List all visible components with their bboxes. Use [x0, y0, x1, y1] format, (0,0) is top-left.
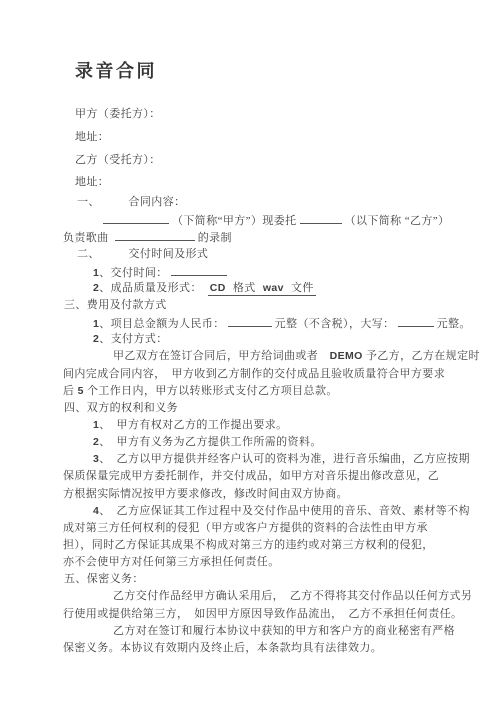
text-segment: 元整（不含税），大写： [275, 318, 395, 330]
text-segment: 的录制 [198, 232, 232, 244]
text-segment: 、 甲方有义务为乙方提供工作所需的资料。 [99, 436, 322, 448]
text-segment: 、 乙方应保证其工作过程中及交付作品中使用的音乐、音效、素材等不构 [99, 505, 470, 517]
text-segment: 、支付方式： [99, 333, 167, 345]
text-segment: 文件 [286, 282, 316, 296]
text-line: 保密义务。本协议有效期内及终止后，本条款均具有法律效力。 [0, 640, 500, 657]
text-segment: 个工作日内，甲方以转账形式支付乙方项目总款。 [84, 385, 338, 397]
text-line: 1、交付时间： [0, 263, 500, 280]
text-line: 五、保密义务： [0, 571, 500, 588]
text-line: 地址： [0, 126, 500, 149]
text-segment: DEMO [330, 350, 363, 362]
text-segment: 乙方对在签订和履行本协议中获知的甲方和客户方的商业秘密有严格 [113, 625, 455, 637]
text-segment: wav [261, 282, 286, 296]
text-segment: 、项目总金额为人民币： [99, 318, 224, 330]
text-line: 负责歌曲 的录制 [0, 228, 500, 245]
text-line: 亦不会使甲方对任何第三方承担任何责任。 [0, 554, 500, 571]
text-segment: 保密义务。本协议有效期内及终止后，本条款均具有法律效力。 [63, 642, 382, 654]
text-segment: 四、双方的权利和义务 [64, 402, 178, 414]
text-segment: 保质保量完成甲方委托制作，并交付成品，如甲方对音乐提出修改意见，乙 [63, 470, 439, 482]
text-segment: 甲方（委托方）： [75, 108, 161, 120]
text-segment: 间内完成合同内容， 甲方收到乙方制作的交付成品且验收质量符合甲方要求 [63, 368, 445, 380]
text-segment: 地址： [75, 131, 109, 143]
text-segment: 、 甲方有权对乙方的工作提出要求。 [99, 419, 287, 431]
text-line: 乙方交付作品经甲方确认采用后， 乙方不得将其交付作品以任何方式另 [0, 588, 500, 605]
text-line: 间内完成合同内容， 甲方收到乙方制作的交付成品且验收质量符合甲方要求 [0, 366, 500, 383]
text-segment: 三、费用及付款方式 [64, 299, 167, 311]
text-line: 乙方（受托方）： [0, 149, 500, 172]
text-segment: 后 [63, 385, 78, 397]
text-line: 成对第三方任何权利的侵犯（甲方或客户方提供的资料的合法性由甲方承 [0, 520, 500, 537]
text-segment: 成对第三方任何权利的侵犯（甲方或客户方提供的资料的合法性由甲方承 [63, 522, 428, 534]
text-segment: 予乙方，乙方在规定时 [363, 350, 480, 362]
document-body: 甲方（委托方）：地址：乙方（受托方）：地址：一、 合同内容：（下简称“甲方”）现… [0, 103, 500, 657]
text-line: 一、 合同内容： [0, 194, 500, 211]
text-segment: 一、 [77, 196, 94, 208]
text-line: 方根据实际情况按甲方要求修改，修改时间由双方协商。 [0, 486, 500, 503]
text-line: 3、 乙方以甲方提供并经客户认可的资料为准，进行音乐编曲，乙方应按期 [0, 451, 500, 468]
text-segment: 五、保密义务： [64, 573, 144, 585]
text-segment: 、 乙方以甲方提供并经客户认可的资料为准，进行音乐编曲，乙方应按期 [99, 453, 470, 465]
text-line: 甲方（委托方）： [0, 103, 500, 126]
text-segment: 乙方交付作品经甲方确认采用后， 乙方不得将其交付作品以任何方式另 [113, 590, 472, 602]
text-line: 甲乙双方在签订合同后，甲方给词曲或者 DEMO 予乙方，乙方在规定时 [0, 348, 500, 365]
text-line: 保质保量完成甲方委托制作，并交付成品，如甲方对音乐提出修改意见，乙 [0, 468, 500, 485]
text-line: 1、项目总金额为人民币：元整（不含税），大写：元整。 [0, 314, 500, 331]
text-segment: （以下简称 “乙方”） [345, 215, 450, 227]
text-line: 2、支付方式： [0, 331, 500, 348]
contract-document-page: 录音合同 甲方（委托方）：地址：乙方（受托方）：地址：一、 合同内容：（下简称“… [0, 0, 500, 708]
text-line: 4、 乙方应保证其工作过程中及交付作品中使用的音乐、音效、素材等不构 [0, 503, 500, 520]
text-line: 乙方对在签订和履行本协议中获知的甲方和客户方的商业秘密有严格 [0, 623, 500, 640]
text-segment: 担），同时乙方保证其成果不构成对第三方的违约或对第三方权利的侵犯， [63, 539, 434, 551]
text-line: 二、 交付时间及形式 [0, 246, 500, 263]
blank-fill-underline [115, 228, 195, 241]
text-line: 四、双方的权利和义务 [0, 400, 500, 417]
text-line: 1、 甲方有权对乙方的工作提出要求。 [0, 417, 500, 434]
text-segment: 负责歌曲 [63, 232, 112, 244]
text-line: 三、费用及付款方式 [0, 297, 500, 314]
text-line: 后 5 个工作日内，甲方以转账形式支付乙方项目总款。 [0, 383, 500, 400]
blank-fill-underline [171, 263, 227, 276]
text-segment: 、交付时间： [99, 267, 167, 279]
text-segment: 格式 [228, 282, 261, 296]
text-line: （下简称“甲方”）现委托（以下简称 “乙方”） [0, 211, 500, 228]
text-line: 担），同时乙方保证其成果不构成对第三方的违约或对第三方权利的侵犯， [0, 537, 500, 554]
text-segment: 二、 [77, 248, 94, 260]
text-line: 地址： [0, 171, 500, 194]
text-segment: 、成品质量及形式： [99, 282, 208, 294]
blank-fill-underline [103, 211, 169, 224]
blank-fill-underline [228, 314, 272, 327]
text-segment: 地址： [75, 176, 109, 188]
text-segment: 亦不会使甲方对任何第三方承担任何责任。 [63, 556, 280, 568]
text-segment: 合同内容： [94, 196, 185, 208]
blank-fill-underline [398, 314, 434, 327]
text-line: 2、成品质量及形式： CD 格式 wav 文件 [0, 280, 500, 297]
text-line: 行使用或提供给第三方， 如因甲方原因导致作品流出， 乙方不承担任何责任。 [0, 606, 500, 623]
text-segment: 乙方（受托方）： [75, 154, 161, 166]
text-segment: 行使用或提供给第三方， 如因甲方原因导致作品流出， 乙方不承担任何责任。 [63, 608, 462, 620]
text-line: 2、 甲方有义务为乙方提供工作所需的资料。 [0, 434, 500, 451]
text-segment: 交付时间及形式 [94, 248, 208, 260]
blank-fill-underline [300, 211, 342, 224]
text-segment: CD [208, 282, 228, 296]
text-segment: （下简称“甲方”）现委托 [172, 215, 297, 227]
text-segment: 方根据实际情况按甲方要求修改，修改时间由双方协商。 [63, 488, 348, 500]
document-title: 录音合同 [75, 58, 500, 84]
text-segment: 甲乙双方在签订合同后，甲方给词曲或者 [113, 350, 330, 362]
text-segment: 元整。 [437, 318, 471, 330]
